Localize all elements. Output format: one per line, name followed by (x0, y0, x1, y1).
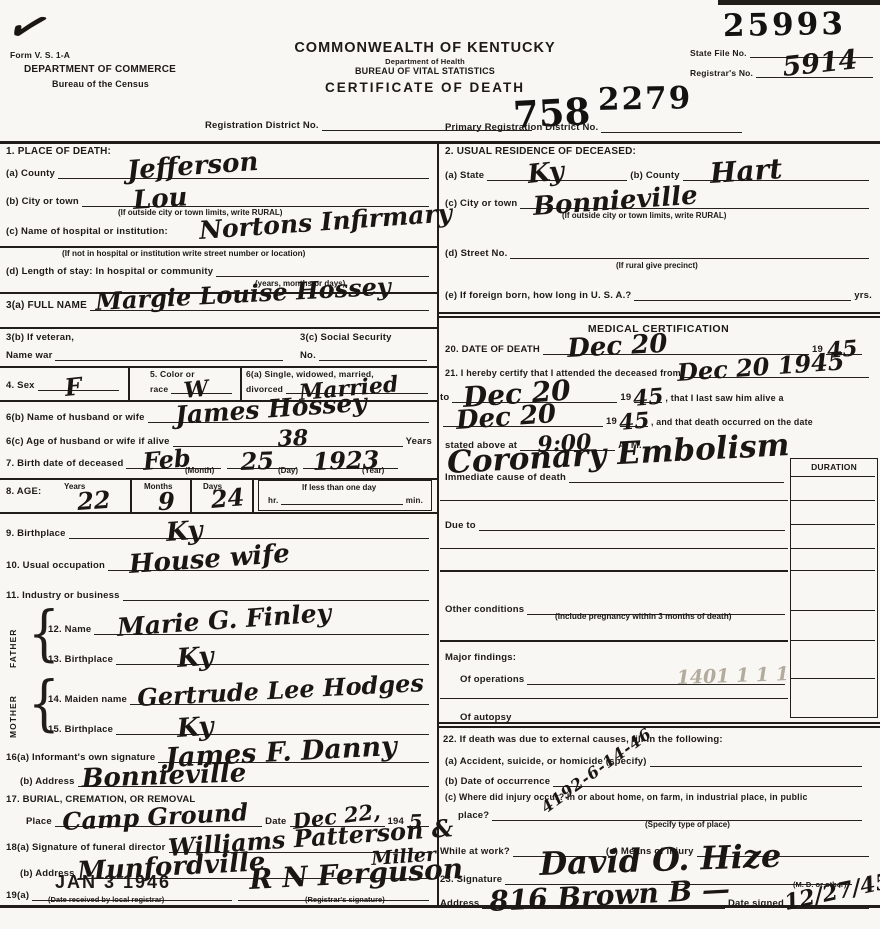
due-blank-line-1 (440, 548, 788, 549)
occupation-row: 10. Usual occupation House wife (6, 560, 432, 571)
informant-address-row: (b) Address Bonnieville (20, 776, 432, 787)
local-registrar-signature: R N Ferguson (249, 855, 464, 894)
registrar-signature-caption: (Registrar's signature) (305, 895, 385, 904)
registrar-no-value: 5914 (781, 46, 859, 81)
funeral-director-label: 18(a) Signature of funeral director (6, 842, 166, 853)
due-blank-line-2 (440, 570, 788, 572)
certify-from-line: Dec 20 1945 (684, 373, 869, 378)
residence-city-row: (c) City or town Bonnieville (445, 198, 872, 209)
street-row: (d) Street No. (445, 248, 872, 259)
residence-county-line: Hart (683, 176, 869, 181)
informant-address-label: (b) Address (20, 776, 75, 787)
death-certificate-page: ✓ Form V. S. 1-A DEPARTMENT OF COMMERCE … (0, 0, 880, 929)
certify-row-2: to Dec 20 19 45 , that I last saw him al… (440, 392, 872, 403)
registrar-row-number: 19(a) (6, 890, 29, 901)
due-to-label: Due to (445, 520, 476, 531)
date-signed-line: 12/27/45 (787, 904, 869, 909)
residence-county-value: Hart (709, 155, 783, 188)
veteran-label: 3(b) If veteran, (6, 332, 74, 343)
mother-name-row: 14. Maiden name Gertrude Lee Hodges (48, 694, 432, 705)
father-name-value: Marie G. Finley (117, 600, 333, 640)
certify-year-3: 45 (618, 409, 650, 434)
duration-line-6 (791, 610, 875, 611)
age-label: 8. AGE: (6, 486, 41, 497)
month-caption: (Month) (185, 466, 214, 475)
informant-address-value: Bonnieville (81, 760, 247, 792)
full-name-row: 3(a) FULL NAME Margie Louise Hossey (6, 300, 432, 311)
burial-place-label: Place (26, 816, 52, 827)
veteran-war-row: Name war (6, 350, 286, 361)
county-line: Jefferson (58, 174, 429, 179)
father-name-label: 12. Name (48, 624, 91, 635)
race-label-2: race (150, 384, 168, 394)
physician-signature-value: David O. Hize (539, 840, 782, 880)
accident-row: (a) Accident, suicide, or homicide (spec… (445, 756, 865, 767)
registrar-no-label: Registrar's No. (690, 68, 753, 78)
other-conditions-label: Other conditions (445, 604, 524, 615)
veteran-war-label: Name war (6, 350, 52, 361)
med-rule-b (437, 726, 880, 728)
birthplace-value: Ky (165, 518, 203, 546)
race-row: race W (150, 384, 235, 394)
residence-city-hint: (If outside city or town limits, write R… (562, 211, 726, 220)
age-divider-1 (130, 478, 132, 512)
foreign-born-label: (e) If foreign born, how long in U. S. A… (445, 290, 631, 301)
received-caption: (Date received by local registrar) (48, 895, 164, 904)
due-to-row: Due to (445, 520, 788, 531)
occurrence-date-row: (b) Date of occurrence (445, 776, 865, 787)
street-line (510, 254, 869, 259)
residence-city-label: (c) City or town (445, 198, 517, 209)
industry-line (123, 596, 429, 601)
father-birthplace-value: Ky (176, 644, 214, 672)
operations-label: Of operations (460, 674, 524, 685)
min-caption: min. (406, 496, 423, 505)
husband-line: James Hossey (148, 418, 429, 423)
operations-line: 1401 1 1 1 (527, 680, 785, 685)
operations-pencil-note: 1401 1 1 1 (677, 665, 790, 688)
residence-city-line: Bonnieville (520, 204, 869, 209)
occupation-value: House wife (128, 541, 290, 578)
sex-line: F (38, 386, 119, 391)
father-birthplace-line: Ky (116, 660, 429, 665)
birthplace-row: 9. Birthplace Ky (6, 528, 432, 539)
commonwealth-title: COMMONWEALTH OF KENTUCKY (260, 40, 590, 56)
duration-line-7 (791, 640, 875, 641)
hospital-label: (c) Name of hospital or institution: (6, 226, 168, 237)
sex-value: F (63, 374, 82, 400)
cause-blank-line (440, 500, 788, 501)
stay-label: (d) Length of stay: In hospital or commu… (6, 266, 213, 277)
mother-name-line: Gertrude Lee Hodges (130, 700, 429, 705)
department-line: DEPARTMENT OF COMMERCE (24, 64, 176, 75)
date-signed-label: Date signed (728, 898, 784, 909)
birth-day-value: 25 (241, 449, 275, 474)
major-findings-label: Major findings: (445, 652, 516, 663)
residence-state-line: Ky (487, 176, 627, 181)
veteran-war-line (55, 356, 283, 361)
primary-district-stamp: 2279 (598, 83, 693, 116)
ssn-no-row: No. (300, 350, 430, 361)
state-file-label: State File No. (690, 48, 747, 58)
hospital-rule (0, 246, 437, 248)
father-name-line: Marie G. Finley (94, 630, 429, 635)
physician-address-label: Address (440, 898, 479, 909)
last-seen-line: Dec 20 (443, 422, 603, 427)
registrar-no-line: 5914 (756, 73, 873, 78)
full-name-label: 3(a) FULL NAME (6, 300, 87, 311)
form-number: Form V. S. 1-A (10, 50, 70, 60)
pregnancy-hint: (Include pregnancy within 3 months of de… (555, 612, 732, 621)
operations-blank-line (440, 698, 788, 699)
occurrence-date-label: (b) Date of occurrence (445, 776, 550, 787)
sex-label: 4. Sex (6, 380, 35, 391)
top-right-bar (718, 0, 880, 5)
last-seen-value: Dec 20 (455, 401, 557, 434)
header-center: COMMONWEALTH OF KENTUCKY Department of H… (260, 40, 590, 95)
father-side-label: FATHER (8, 612, 18, 668)
bureau-line: Bureau of the Census (52, 79, 149, 89)
age-divider-2 (190, 478, 192, 512)
father-birthplace-label: 13. Birthplace (48, 654, 113, 665)
foreign-born-suffix: yrs. (854, 290, 872, 301)
place-of-death-title: 1. PLACE OF DEATH: (6, 146, 111, 157)
column-divider (437, 141, 439, 907)
residence-state-value: Ky (527, 158, 566, 188)
date-of-death-value: Dec 20 (567, 331, 668, 362)
certify-pre-2: 19 (620, 392, 631, 403)
reg-district-label: Registration District No. (205, 120, 319, 131)
occupation-label: 10. Usual occupation (6, 560, 105, 571)
certify-to-label: to (440, 392, 449, 403)
injury-place-hint: (Specify type of place) (645, 820, 730, 829)
age-divider-3 (252, 478, 254, 512)
name-rule (0, 327, 437, 329)
injury-place-label: place? (458, 810, 489, 821)
duration-label: DURATION (791, 462, 877, 472)
received-date-stamp: JAN 3 1946 (55, 872, 171, 893)
street-label: (d) Street No. (445, 248, 507, 259)
age-months-value: 9 (158, 490, 175, 514)
ssn-no-label: No. (300, 350, 316, 361)
other-blank-line (440, 640, 788, 642)
certify-year-2: 45 (632, 385, 664, 410)
certify-pre-3: 19 (606, 416, 617, 427)
occupation-line: House wife (108, 566, 429, 571)
injury-where-text: (c) Where did injury occur? In or about … (445, 792, 808, 802)
certify-year-3-line: 45 (620, 422, 648, 427)
duration-line-5 (791, 570, 875, 571)
physician-address-line: 816 Brown B — (482, 904, 725, 909)
industry-row: 11. Industry or business (6, 590, 432, 601)
father-birthplace-row: 13. Birthplace Ky (48, 654, 432, 665)
dept-health-line: Department of Health (260, 57, 590, 66)
mother-birthplace-label: 15. Birthplace (48, 724, 113, 735)
husband-age-value: 38 (277, 427, 308, 450)
industry-label: 11. Industry or business (6, 590, 120, 601)
ssn-no-line (319, 356, 427, 361)
sex-row: 4. Sex F (6, 380, 122, 391)
med-rule-a (437, 722, 880, 724)
occurrence-date-line (553, 782, 862, 787)
residence-county-label: (b) County (630, 170, 680, 181)
burial-place-line: Camp Ground (55, 822, 262, 827)
cause-of-death-line (569, 478, 784, 483)
age-years-value: 22 (76, 488, 111, 514)
external-causes-title: 22. If death was due to external causes,… (443, 734, 723, 745)
residence-title: 2. USUAL RESIDENCE OF DECEASED: (445, 146, 636, 157)
due-to-line (479, 526, 785, 531)
certify-text-2: , that I last saw him alive a (665, 393, 783, 403)
mother-side-label: MOTHER (8, 682, 18, 738)
husband-row: 6(b) Name of husband or wife James Hosse… (6, 412, 432, 423)
certify-text-3: , and that death occurred on the date (651, 417, 813, 427)
husband-age-years: Years (406, 436, 432, 447)
certify-row-3: Dec 20 19 45 , and that death occurred o… (440, 416, 872, 427)
sec2-rule-b (437, 316, 880, 318)
informant-address-line: Bonnieville (78, 782, 429, 787)
duration-line-3 (791, 524, 875, 525)
husband-label: 6(b) Name of husband or wife (6, 412, 145, 423)
sec2-rule-a (437, 312, 880, 314)
duration-line-2 (791, 500, 875, 501)
birthdate-label: 7. Birth date of deceased (6, 458, 123, 469)
residence-state-label: (a) State (445, 170, 484, 181)
certify-year-2-line: 45 (634, 398, 662, 403)
foreign-born-line (634, 296, 851, 301)
birthplace-label: 9. Birthplace (6, 528, 66, 539)
county-value: Jefferson (126, 149, 259, 184)
primary-district-line (601, 128, 742, 133)
sex-cell-divider (128, 366, 130, 400)
accident-line (650, 762, 862, 767)
age-rule (0, 512, 437, 514)
file-number-stamp: 25993 (723, 9, 846, 42)
ssn-label: 3(c) Social Security (300, 332, 392, 343)
date-of-death-label: 20. DATE OF DEATH (445, 344, 540, 355)
pen-checkmark-icon: ✓ (2, 1, 48, 53)
mother-birthplace-value: Ky (176, 714, 214, 742)
city-label: (b) City or town (6, 196, 79, 207)
at-work-label: While at work? (440, 846, 510, 857)
primary-district-label: Primary Registration District No. (445, 122, 598, 133)
race-cell-divider (240, 366, 242, 400)
street-hint: (If rural give precinct) (616, 261, 698, 270)
hr-min-row: hr. min. (268, 496, 423, 505)
duration-line-1 (791, 476, 875, 477)
duration-line-4 (791, 548, 875, 549)
county-label: (a) County (6, 168, 55, 179)
full-name-line: Margie Louise Hossey (90, 306, 429, 311)
operations-row: Of operations 1401 1 1 1 (460, 674, 788, 685)
duration-line-8 (791, 678, 875, 679)
veteran-rule (0, 366, 437, 368)
hospital-hint: (If not in hospital or institution write… (62, 249, 305, 258)
age-days-value: 24 (210, 485, 245, 512)
full-name-value: Margie Louise Hossey (95, 275, 392, 314)
physician-signature-label: 23. Signature (440, 874, 502, 885)
day-caption: (Day) (278, 466, 298, 475)
vital-statistics-line: BUREAU OF VITAL STATISTICS (260, 66, 590, 76)
mother-name-label: 14. Maiden name (48, 694, 127, 705)
mother-name-value: Gertrude Lee Hodges (137, 671, 425, 710)
county-row: (a) County Jefferson (6, 168, 432, 179)
physician-address-row: Address 816 Brown B — Date signed 12/27/… (440, 898, 872, 909)
registrar-no-row: Registrar's No. 5914 (690, 68, 876, 78)
husband-age-label: 6(c) Age of husband or wife if alive (6, 436, 170, 447)
foreign-born-row: (e) If foreign born, how long in U. S. A… (445, 290, 872, 301)
father-name-row: 12. Name Marie G. Finley (48, 624, 432, 635)
top-rule (0, 141, 880, 144)
residence-state-row: (a) State Ky (b) County Hart (445, 170, 872, 181)
hr-caption: hr. (268, 496, 278, 505)
hr-line (281, 500, 402, 505)
year-caption: (Year) (362, 466, 384, 475)
primary-district-row: Primary Registration District No. (445, 122, 745, 133)
less-than-day-caption: If less than one day (302, 483, 376, 492)
birthplace-line: Ky (69, 534, 429, 539)
certify-row-1: 21. I hereby certify that I attended the… (445, 368, 872, 378)
race-line: W (171, 389, 232, 394)
marital-label-2: divorced (246, 384, 283, 394)
